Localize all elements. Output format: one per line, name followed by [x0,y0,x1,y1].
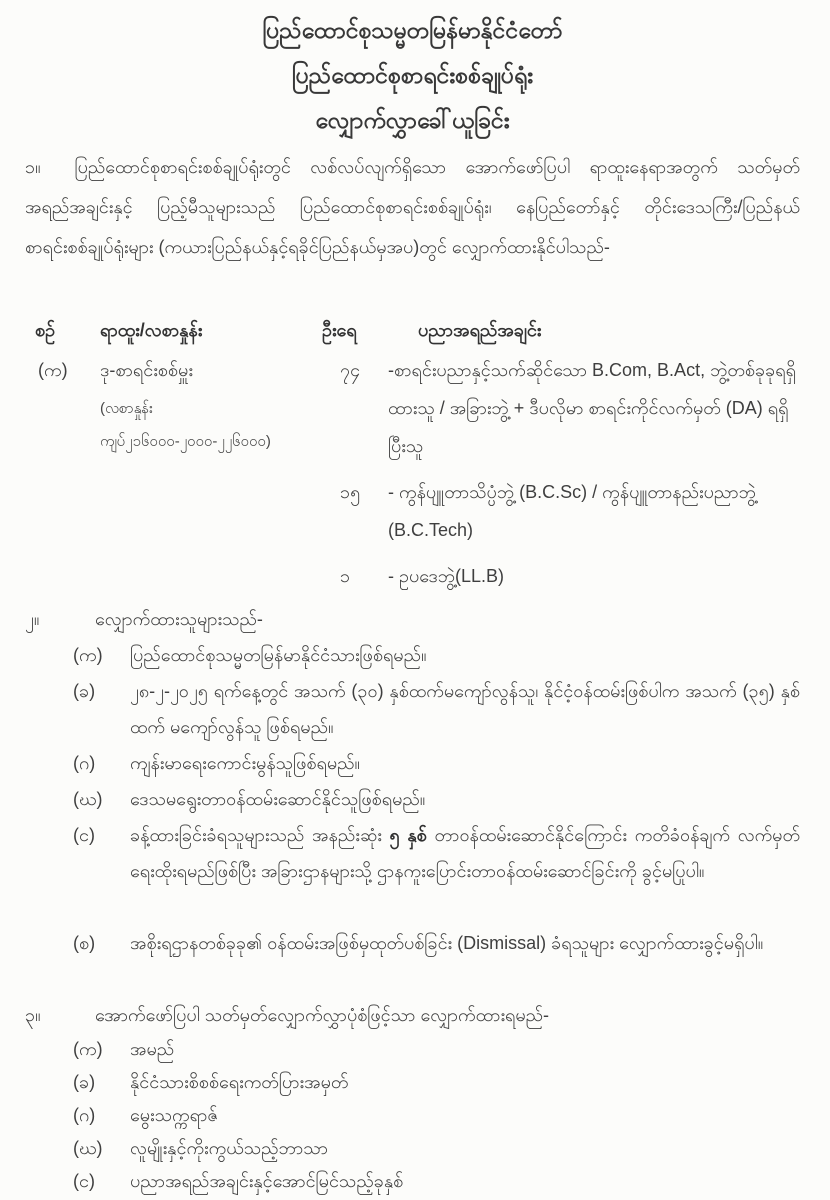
salary-scale: (လစာနှုန်းကျပ်၂၁၆၀၀၀-၂၀၀၀-၂၂၆၀၀၀) [100,392,318,462]
list-item: (ဂ) ကျန်းမာရေးကောင်းမွန်သူဖြစ်ရမည်။ [25,745,800,781]
vacancy-table: စဉ် ရာထူး/လစာနှုန်း ဦးရေ ပညာအရည်အချင်း (… [25,309,800,595]
row-serial: (က) [25,351,80,595]
list-item: (င) ခန့်ထားခြင်းခံရသူများသည် အနည်းဆုံး ၅… [25,817,800,925]
item-label: (ဂ) [73,745,130,781]
section-2: ၂။ လျှောက်ထားသူများသည်- (က) ပြည်ထောင်စုသ… [25,601,800,997]
item-label: (က) [73,637,130,673]
vacancy-table-header: စဉ် ရာထူး/လစာနှုန်း ဦးရေ ပညာအရည်အချင်း [25,309,800,351]
list-item: (ခ) ၂၈-၂-၂၀၂၅ ရက်နေ့တွင် အသက် (၃၀) နှစ်ထ… [25,673,800,745]
item-label: (ဃ) [73,1132,130,1165]
list-item: (ဂ) မွေးသက္ကရာဇ် [25,1099,800,1132]
list-item: (ဃ) ဒေသမရွေးတာဝန်ထမ်းဆောင်နိုင်သူဖြစ်ရမည… [25,781,800,817]
table-row: (က) ဒု-စာရင်းစစ်မှူး (လစာနှုန်းကျပ်၂၁၆၀၀… [25,351,800,595]
qualification-count: ၇၄ [318,351,388,465]
section-3-heading: ၃။ အောက်ဖော်ပြပါ သတ်မှတ်လျှောက်လွှာပုံစံ… [25,997,800,1033]
section-2-number: ၂။ [25,601,95,637]
qualification-text: -စာရင်းပညာနှင့်သက်ဆိုင်သော B.Com, B.Act,… [388,351,800,465]
intro-text: ပြည်ထောင်စုစာရင်းစစ်ချုပ်ရုံးတွင် လစ်လပ်… [25,157,800,257]
list-item: (စ) အစိုးရဌာနတစ်ခုခု၏ ဝန်ထမ်းအဖြစ်မှထုတ်… [25,925,800,997]
section-3: ၃။ အောက်ဖော်ပြပါ သတ်မှတ်လျှောက်လွှာပုံစံ… [25,997,800,1198]
intro-paragraph: ၁။ပြည်ထောင်စုစာရင်းစစ်ချုပ်ရုံးတွင် လစ်လ… [25,147,800,307]
state-title: ပြည်ထောင်စုသမ္မတမြန်မာနိုင်ငံတော် [25,8,800,53]
item-text: ပြည်ထောင်စုသမ္မတမြန်မာနိုင်ငံသားဖြစ်ရမည်… [130,637,800,673]
header-count: ဦးရေ [318,309,388,351]
item-text: ဒေသမရွေးတာဝန်ထမ်းဆောင်နိုင်သူဖြစ်ရမည်။ [130,781,800,817]
item-text-before: ခန့်ထားခြင်းခံရသူများသည် အနည်းဆုံး [130,825,390,845]
item-text: အမည် [130,1033,800,1066]
list-item: (ခ) နိုင်ငံသားစိစစ်ရေးကတ်ပြားအမှတ် [25,1066,800,1099]
item-label: (ခ) [73,673,130,745]
header-qualification: ပညာအရည်အချင်း [388,309,800,351]
list-item: (ဃ) လူမျိုးနှင့်ကိုးကွယ်သည့်ဘာသာ [25,1132,800,1165]
item-text: ကျန်းမာရေးကောင်းမွန်သူဖြစ်ရမည်။ [130,745,800,781]
item-label: (ဂ) [73,1099,130,1132]
section-3-number: ၃။ [25,997,95,1033]
section-2-heading-text: လျှောက်ထားသူများသည်- [95,601,263,637]
item-text: လူမျိုးနှင့်ကိုးကွယ်သည့်ဘာသာ [130,1132,800,1165]
qualification-entry: ၁၅ - ကွန်ပျူတာသိပ္ပံဘွဲ့ (B.C.Sc) / ကွန်… [318,473,800,549]
item-text: နိုင်ငံသားစိစစ်ရေးကတ်ပြားအမှတ် [130,1066,800,1099]
intro-number: ၁။ [25,147,41,187]
announcement-title: လျှောက်လွှာခေါ်ယူခြင်း [25,98,800,143]
list-item: (င) ပညာအရည်အချင်းနှင့်အောင်မြင်သည့်ခုနှစ… [25,1165,800,1198]
qualification-entry: ၇၄ -စာရင်းပညာနှင့်သက်ဆိုင်သော B.Com, B.A… [318,351,800,465]
qualification-text: - ကွန်ပျူတာသိပ္ပံဘွဲ့ (B.C.Sc) / ကွန်ပျူ… [388,473,800,549]
item-label: (င) [73,1165,130,1198]
document-header: ပြည်ထောင်စုသမ္မတမြန်မာနိုင်ငံတော် ပြည်ထေ… [25,8,800,143]
qualification-count: ၁ [318,557,388,595]
qualification-count: ၁၅ [318,473,388,549]
item-text: မွေးသက္ကရာဇ် [130,1099,800,1132]
qualification-text: - ဥပဒေဘွဲ့(LL.B) [388,557,800,595]
position-cell: ဒု-စာရင်းစစ်မှူး (လစာနှုန်းကျပ်၂၁၆၀၀၀-၂၀… [80,351,318,595]
minimum-service-years: ၅ နှစ် [390,825,427,845]
office-title: ပြည်ထောင်စုစာရင်းစစ်ချုပ်ရုံး [25,53,800,98]
header-serial: စဉ် [25,309,80,351]
qualification-entry: ၁ - ဥပဒေဘွဲ့(LL.B) [318,557,800,595]
document-page: ပြည်ထောင်စုသမ္မတမြန်မာနိုင်ငံတော် ပြည်ထေ… [0,0,830,1200]
item-label: (င) [73,817,130,925]
item-text: ခန့်ထားခြင်းခံရသူများသည် အနည်းဆုံး ၅ နှစ… [130,817,800,925]
qualification-column: ၇၄ -စာရင်းပညာနှင့်သက်ဆိုင်သော B.Com, B.A… [318,351,800,595]
section-2-heading: ၂။ လျှောက်ထားသူများသည်- [25,601,800,637]
list-item: (က) အမည် [25,1033,800,1066]
item-label: (စ) [73,925,130,997]
item-text: ပညာအရည်အချင်းနှင့်အောင်မြင်သည့်ခုနှစ် [130,1165,800,1198]
header-position-salary: ရာထူး/လစာနှုန်း [80,309,318,351]
item-label: (ခ) [73,1066,130,1099]
item-label: (က) [73,1033,130,1066]
item-text: ၂၈-၂-၂၀၂၅ ရက်နေ့တွင် အသက် (၃၀) နှစ်ထက်မက… [130,673,800,745]
list-item: (က) ပြည်ထောင်စုသမ္မတမြန်မာနိုင်ငံသားဖြစ်… [25,637,800,673]
position-name: ဒု-စာရင်းစစ်မှူး [100,351,318,389]
section-3-heading-text: အောက်ဖော်ပြပါ သတ်မှတ်လျှောက်လွှာပုံစံဖြင… [95,997,549,1033]
item-label: (ဃ) [73,781,130,817]
item-text: အစိုးရဌာနတစ်ခုခု၏ ဝန်ထမ်းအဖြစ်မှထုတ်ပစ်ခ… [130,925,800,997]
